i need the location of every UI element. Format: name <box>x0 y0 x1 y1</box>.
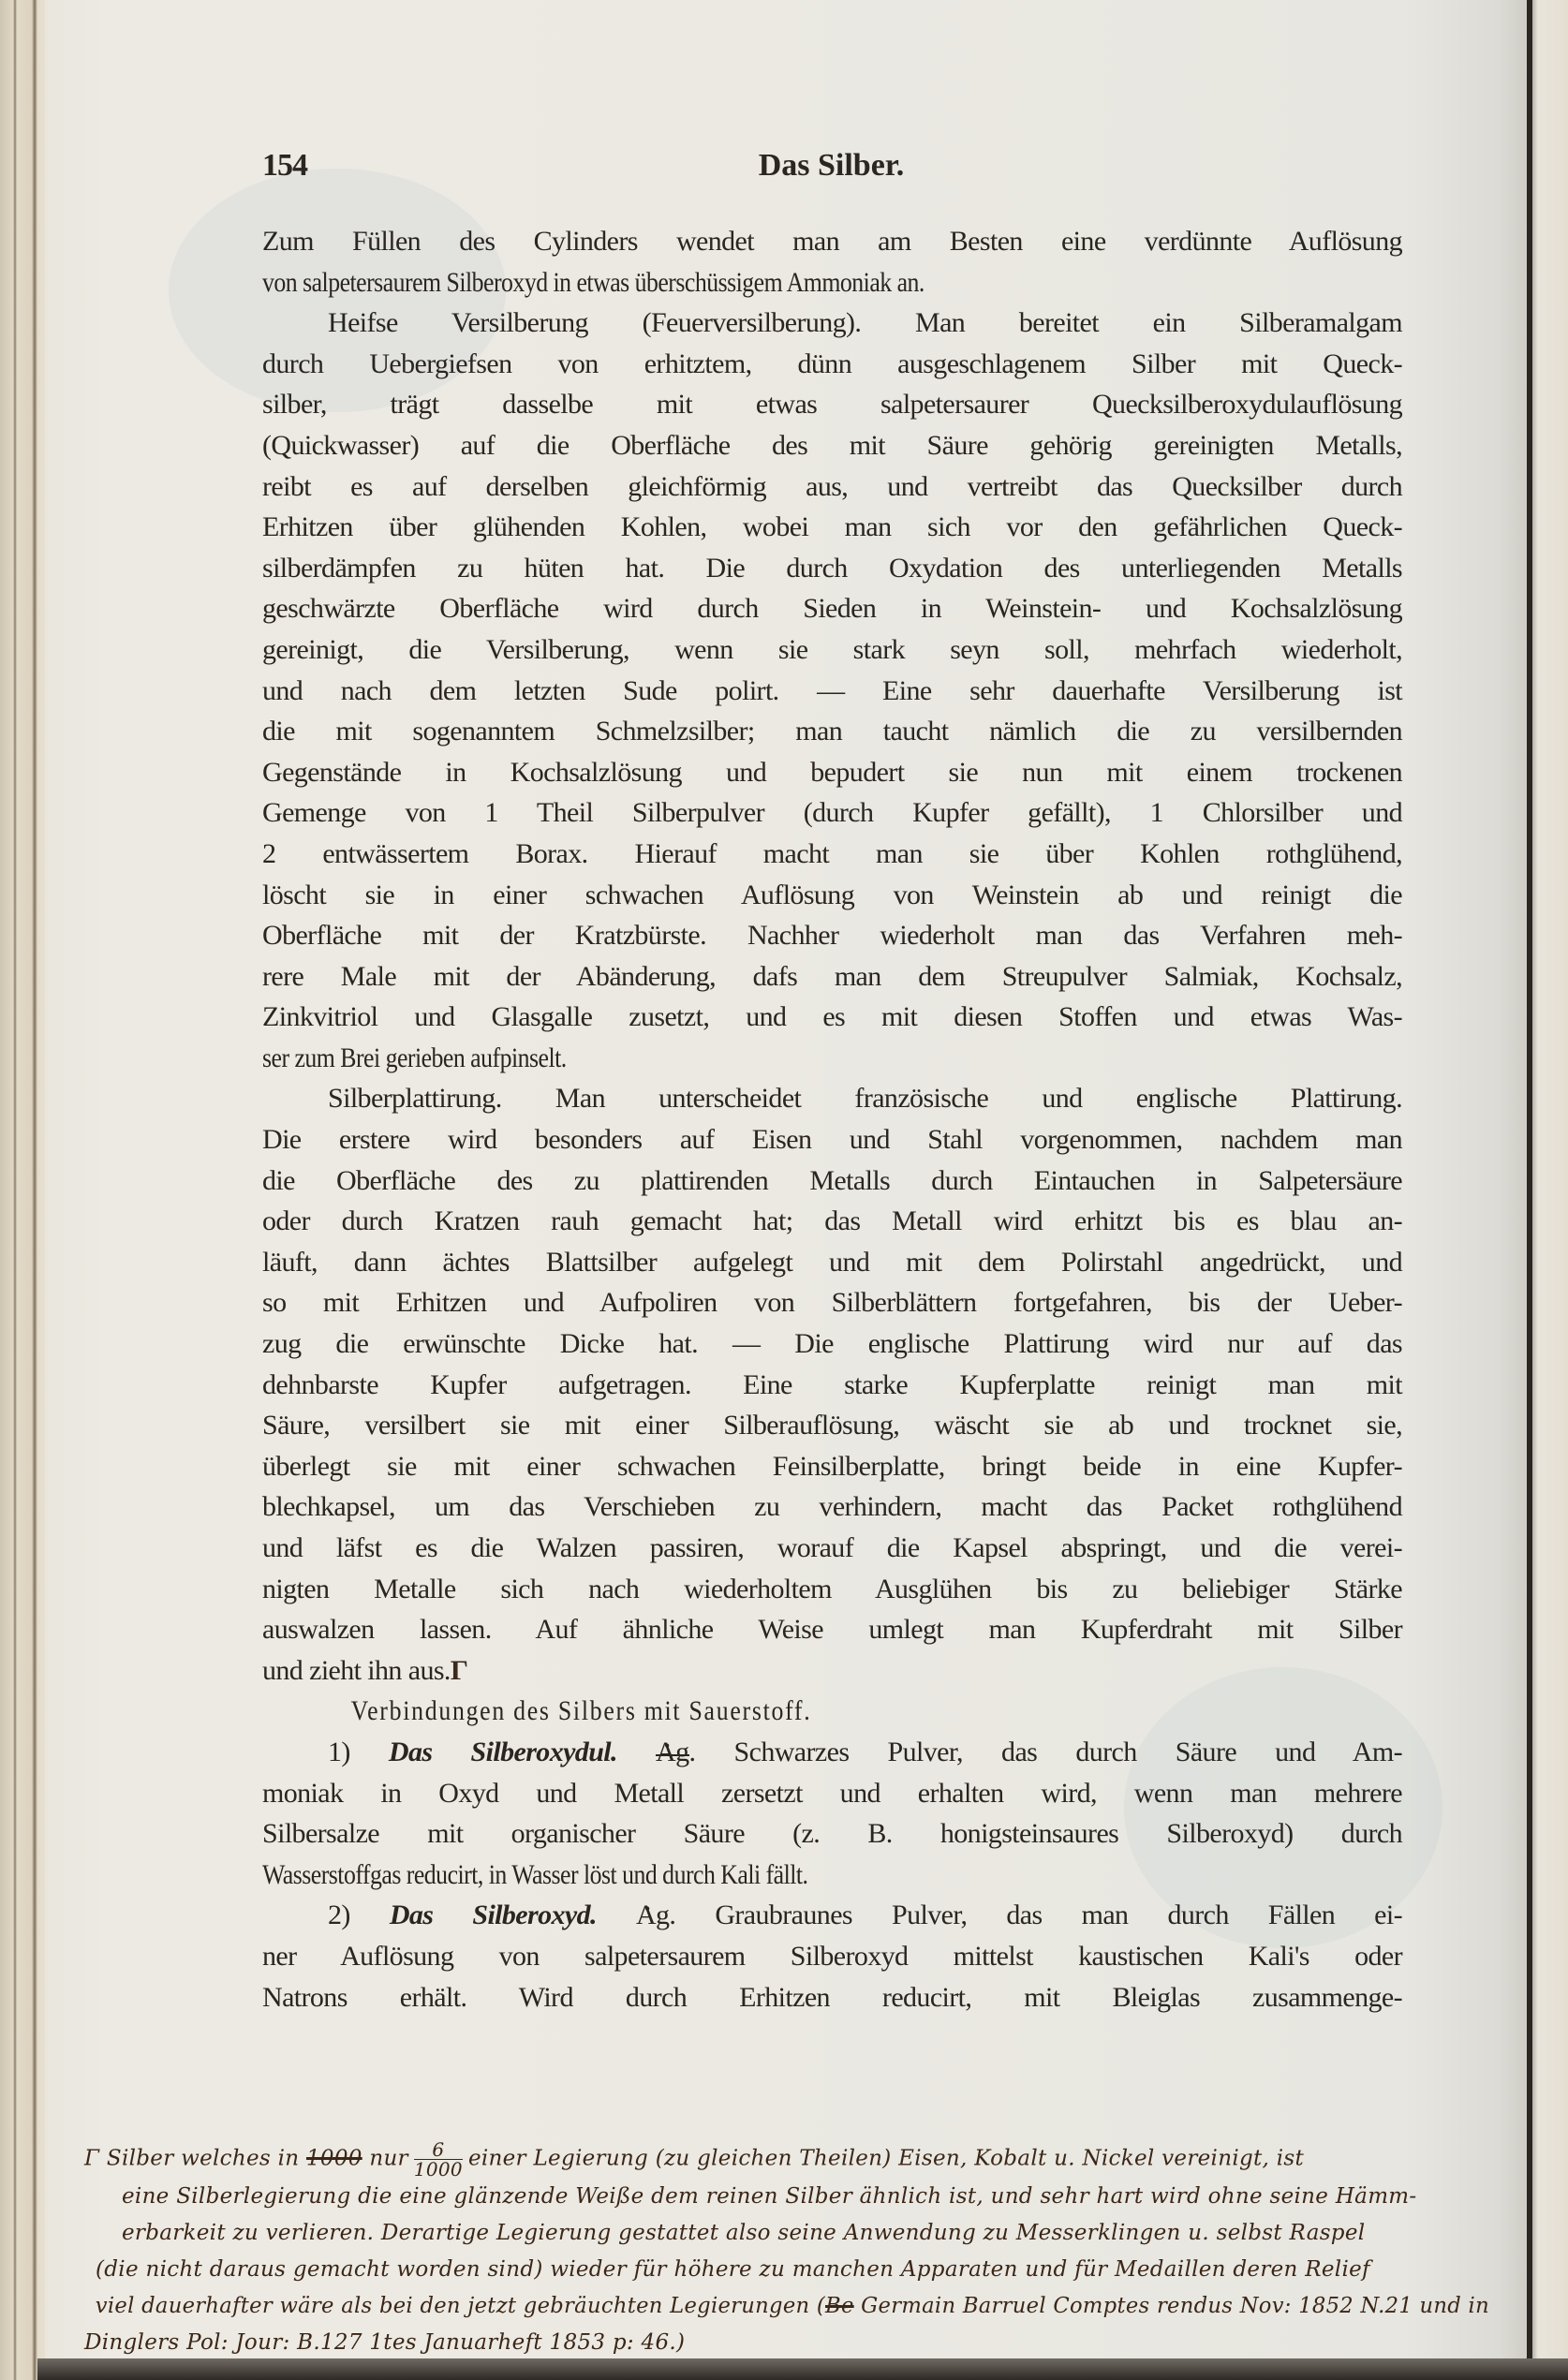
text-line: 2 entwässertem Borax. Hierauf macht man … <box>262 834 1402 875</box>
text-line: die Oberfläche des zu plattirenden Metal… <box>262 1160 1402 1202</box>
text-line: Gemenge von 1 Theil Silberpulver (durch … <box>262 792 1402 834</box>
item-silberoxydul: 1) Das Silberoxydul. •Ag. Schwarzes Pulv… <box>262 1732 1402 1773</box>
text-line: (Quickwasser) auf die Oberfläche des mit… <box>262 425 1402 466</box>
text-line: auswalzen lassen. Auf ähnliche Weise uml… <box>262 1609 1402 1650</box>
handwritten-line: viel dauerhafter wäre als bei den jetzt … <box>84 2288 1467 2325</box>
text-line: Erhitzen über glühenden Kohlen, wobei ma… <box>262 507 1402 548</box>
text-line: läuft, dann ächtes Blattsilber aufgelegt… <box>262 1242 1402 1283</box>
text-line: Silbersalze mit organischer Säure (z. B.… <box>262 1813 1402 1855</box>
item-number: 2) <box>328 1900 350 1930</box>
handwritten-line: Dinglers Pol: Jour: B.127 1tes Januarhef… <box>84 2325 1489 2361</box>
item-name: Das Silberoxydul. <box>389 1737 617 1767</box>
text-line: durch Uebergiefsen von erhitztem, dünn a… <box>262 344 1402 385</box>
strike-bar <box>656 1754 688 1756</box>
text-line: gereinigt, die Versilberung, wenn sie st… <box>262 629 1402 671</box>
handwritten-line: Γ Silber welches in 1000 nur61000einer L… <box>84 2140 1489 2179</box>
text-line: Gegenstände in Kochsalzlösung und bepude… <box>262 752 1402 793</box>
text-line: löscht sie in einer schwachen Auflösung … <box>262 875 1402 916</box>
text-line: Oberfläche mit der Kratzbürste. Nachher … <box>262 915 1402 956</box>
text-line: blechkapsel, um das Verschieben zu verhi… <box>262 1486 1402 1528</box>
item-number: 1) <box>328 1737 350 1767</box>
item-silberoxyd: 2) Das Silberoxyd. •Ag. Graubraunes Pulv… <box>262 1895 1402 1936</box>
text-line: rere Male mit der Abänderung, dafs man d… <box>262 956 1402 998</box>
text-line: moniak in Oxyd und Metall zersetzt und e… <box>262 1773 1402 1814</box>
text-line: überlegt sie mit einer schwachen Feinsil… <box>262 1446 1402 1487</box>
text-line-with-mark: und zieht ihn aus.Γ <box>262 1650 1402 1692</box>
book-bottom-edge <box>37 2358 1568 2380</box>
paragraph-silberplattirung: Silberplattirung. Man unterscheidet fran… <box>262 1078 1402 1119</box>
text-line: silber, trägt dasselbe mit etwas salpete… <box>262 384 1402 425</box>
text-line: so mit Erhitzen und Aufpoliren von Silbe… <box>262 1282 1402 1323</box>
text-line: Zum Füllen des Cylinders wendet man am B… <box>262 221 1402 262</box>
text-line: oder durch Kratzen rauh gemacht hat; das… <box>262 1201 1402 1242</box>
oxygen-dot: • <box>644 1889 650 1930</box>
text-line: die mit sogenanntem Schmelzsilber; man t… <box>262 711 1402 752</box>
paragraph-heisse-versilberung: Heifse Versilberung (Feuerversilberung).… <box>262 303 1402 344</box>
text-line: silberdämpfen zu hüten hat. Die durch Ox… <box>262 548 1402 589</box>
text-fragment: Schwarzes Pulver, das durch Säure und Am… <box>734 1737 1402 1767</box>
text-line: dehnbarste Kupfer aufgetragen. Eine star… <box>262 1365 1402 1406</box>
text-line: geschwärzte Oberfläche wird durch Sieden… <box>262 588 1402 629</box>
text-line: Die erstere wird besonders auf Eisen und… <box>262 1119 1402 1160</box>
text-line: Zinkvitriol und Glasgalle zusetzt, und e… <box>262 997 1402 1038</box>
item-name: Das Silberoxyd. <box>390 1900 597 1930</box>
adjacent-page-edge <box>1532 0 1568 2380</box>
handwritten-annotation: Γ Silber welches in 1000 nur61000einer L… <box>84 2140 1489 2361</box>
insertion-mark: Γ <box>451 1655 468 1686</box>
chemical-formula: •Ag <box>636 1895 669 1936</box>
text-line: ser zum Brei gerieben aufpinselt. <box>262 1038 1243 1079</box>
body-text: Zum Füllen des Cylinders wendet man am B… <box>262 221 1402 2018</box>
text-line: und läfst es die Walzen passiren, worauf… <box>262 1528 1402 1569</box>
page-header: 154 Das Silber. <box>262 148 1400 189</box>
struck-word: Be <box>825 2294 854 2318</box>
insertion-mark: Γ <box>84 2147 99 2171</box>
text-line: nigten Metalle sich nach wiederholtem Au… <box>262 1569 1402 1610</box>
running-title: Das Silber. <box>262 148 1400 184</box>
text-fragment: Graubraunes Pulver, das man durch Fällen… <box>715 1900 1402 1930</box>
handwritten-line: erbarkeit zu verlieren. Derartige Legier… <box>84 2215 1489 2252</box>
chemical-formula: •Ag <box>656 1732 688 1773</box>
text-line: zug die erwünschte Dicke hat. — Die engl… <box>262 1323 1402 1365</box>
handwritten-line: (die nicht daraus gemacht worden sind) w… <box>84 2252 1489 2288</box>
text-line: und nach dem letzten Sude polirt. — Eine… <box>262 671 1402 712</box>
fraction: 61000 <box>414 2140 463 2179</box>
page-gutter-edges <box>0 0 45 2380</box>
text-line: von salpetersaurem Silberoxyd in etwas ü… <box>262 262 1243 303</box>
text-line: reibt es auf derselben gleichförmig aus,… <box>262 466 1402 508</box>
section-heading: Verbindungen des Silbers mit Sauerstoff. <box>262 1691 1243 1732</box>
text-fragment: und zieht ihn aus. <box>262 1655 451 1686</box>
text-line: ner Auflösung von salpetersaurem Silbero… <box>262 1936 1402 1977</box>
text-line: Wasserstoffgas reducirt, in Wasser löst … <box>262 1855 1243 1896</box>
text-line: Säure, versilbert sie mit einer Silberau… <box>262 1405 1402 1446</box>
text-line: Natrons erhält. Wird durch Erhitzen redu… <box>262 1977 1402 2018</box>
handwritten-line: eine Silberlegierung die eine glänzende … <box>84 2179 1489 2215</box>
struck-word: 1000 <box>306 2147 362 2171</box>
oxygen-dot: • <box>664 1726 670 1767</box>
